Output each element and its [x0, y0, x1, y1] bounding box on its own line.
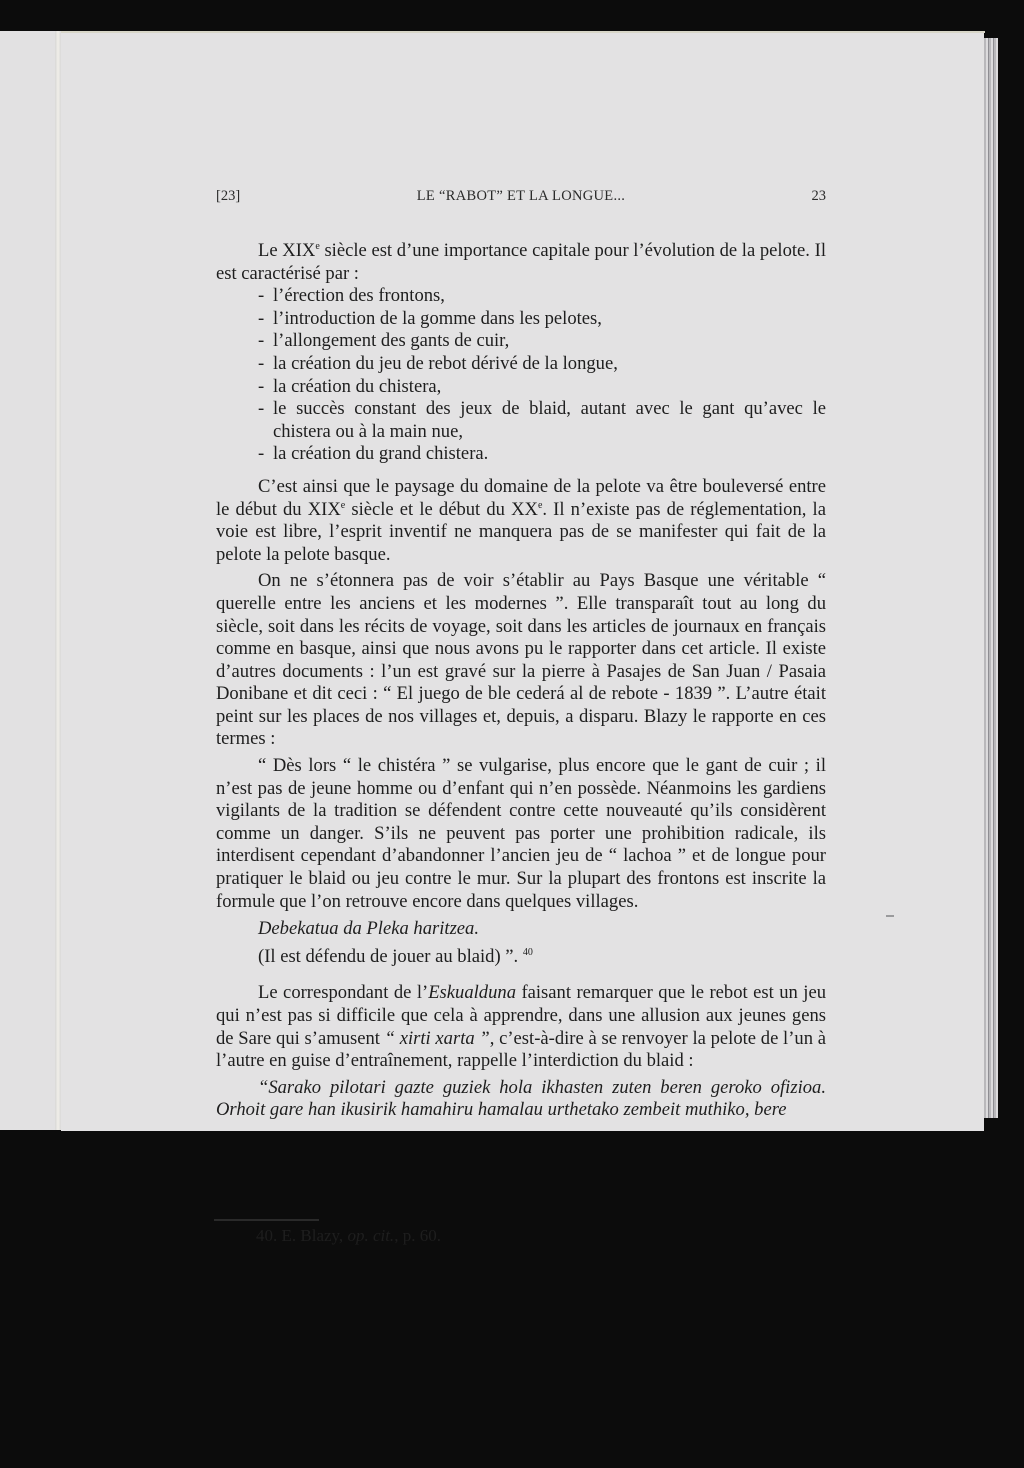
paper-speck — [886, 915, 894, 917]
footnote-italic: op. cit. — [347, 1226, 394, 1245]
page-stack-edges — [984, 38, 998, 1118]
translation-text: (Il est défendu de jouer au blaid) ”. — [258, 946, 518, 967]
list-item: la création du chistera, — [258, 376, 826, 399]
paragraph-1: Le XIXe siècle est d’une importance capi… — [216, 240, 826, 285]
list-item: la création du jeu de rebot dérivé de la… — [258, 353, 826, 376]
footnote-number: 40. E. Blazy, — [256, 1226, 347, 1245]
left-page — [0, 31, 62, 1130]
footnote-40: 40. E. Blazy, op. cit., p. 60. — [256, 1226, 441, 1246]
paragraph-3: On ne s’étonnera pas de voir s’établir a… — [216, 570, 826, 751]
running-head: [23] LE “RABOT” ET LA LONGUE... 23 — [216, 188, 826, 210]
page-number: 23 — [812, 188, 827, 205]
page-top-edge — [61, 31, 985, 33]
list-item: l’allongement des gants de cuir, — [258, 330, 826, 353]
characteristics-list: l’érection des frontons, l’introduction … — [216, 285, 826, 466]
inscription-translation: (Il est défendu de jouer au blaid) ”. 40 — [216, 946, 826, 969]
list-item: l’érection des frontons, — [258, 285, 826, 308]
p2-b: siècle et le début du XX — [345, 499, 538, 520]
p4-a: Le correspondant de l’ — [258, 982, 428, 1003]
blazy-quote: “ Dès lors “ le chistéra ” se vulgarise,… — [216, 755, 826, 913]
p1-text: Le XIX — [258, 240, 315, 261]
list-item: le succès constant des jeux de blaid, au… — [258, 398, 826, 443]
footnote-rest: , p. 60. — [394, 1226, 441, 1245]
paragraph-2: C’est ainsi que le paysage du domaine de… — [216, 476, 826, 566]
list-item: la création du grand chistera. — [258, 443, 826, 466]
running-title: LE “RABOT” ET LA LONGUE... — [216, 188, 826, 205]
list-item: l’introduction de la gomme dans les pelo… — [258, 308, 826, 331]
footnote-divider — [214, 1219, 319, 1221]
newspaper-title: Eskualduna — [428, 982, 516, 1003]
footnote-ref-40[interactable]: 40 — [523, 947, 533, 958]
body-text: Le XIXe siècle est d’une importance capi… — [216, 240, 826, 1122]
basque-inscription: Debekatua da Pleka haritzea. — [216, 918, 826, 941]
eskualduna-quote: “Sarako pilotari gazte guziek hola ikhas… — [216, 1077, 826, 1122]
basque-expression: “ xirti xarta ” — [385, 1028, 490, 1049]
paragraph-4: Le correspondant de l’Eskualduna faisant… — [216, 982, 826, 1072]
